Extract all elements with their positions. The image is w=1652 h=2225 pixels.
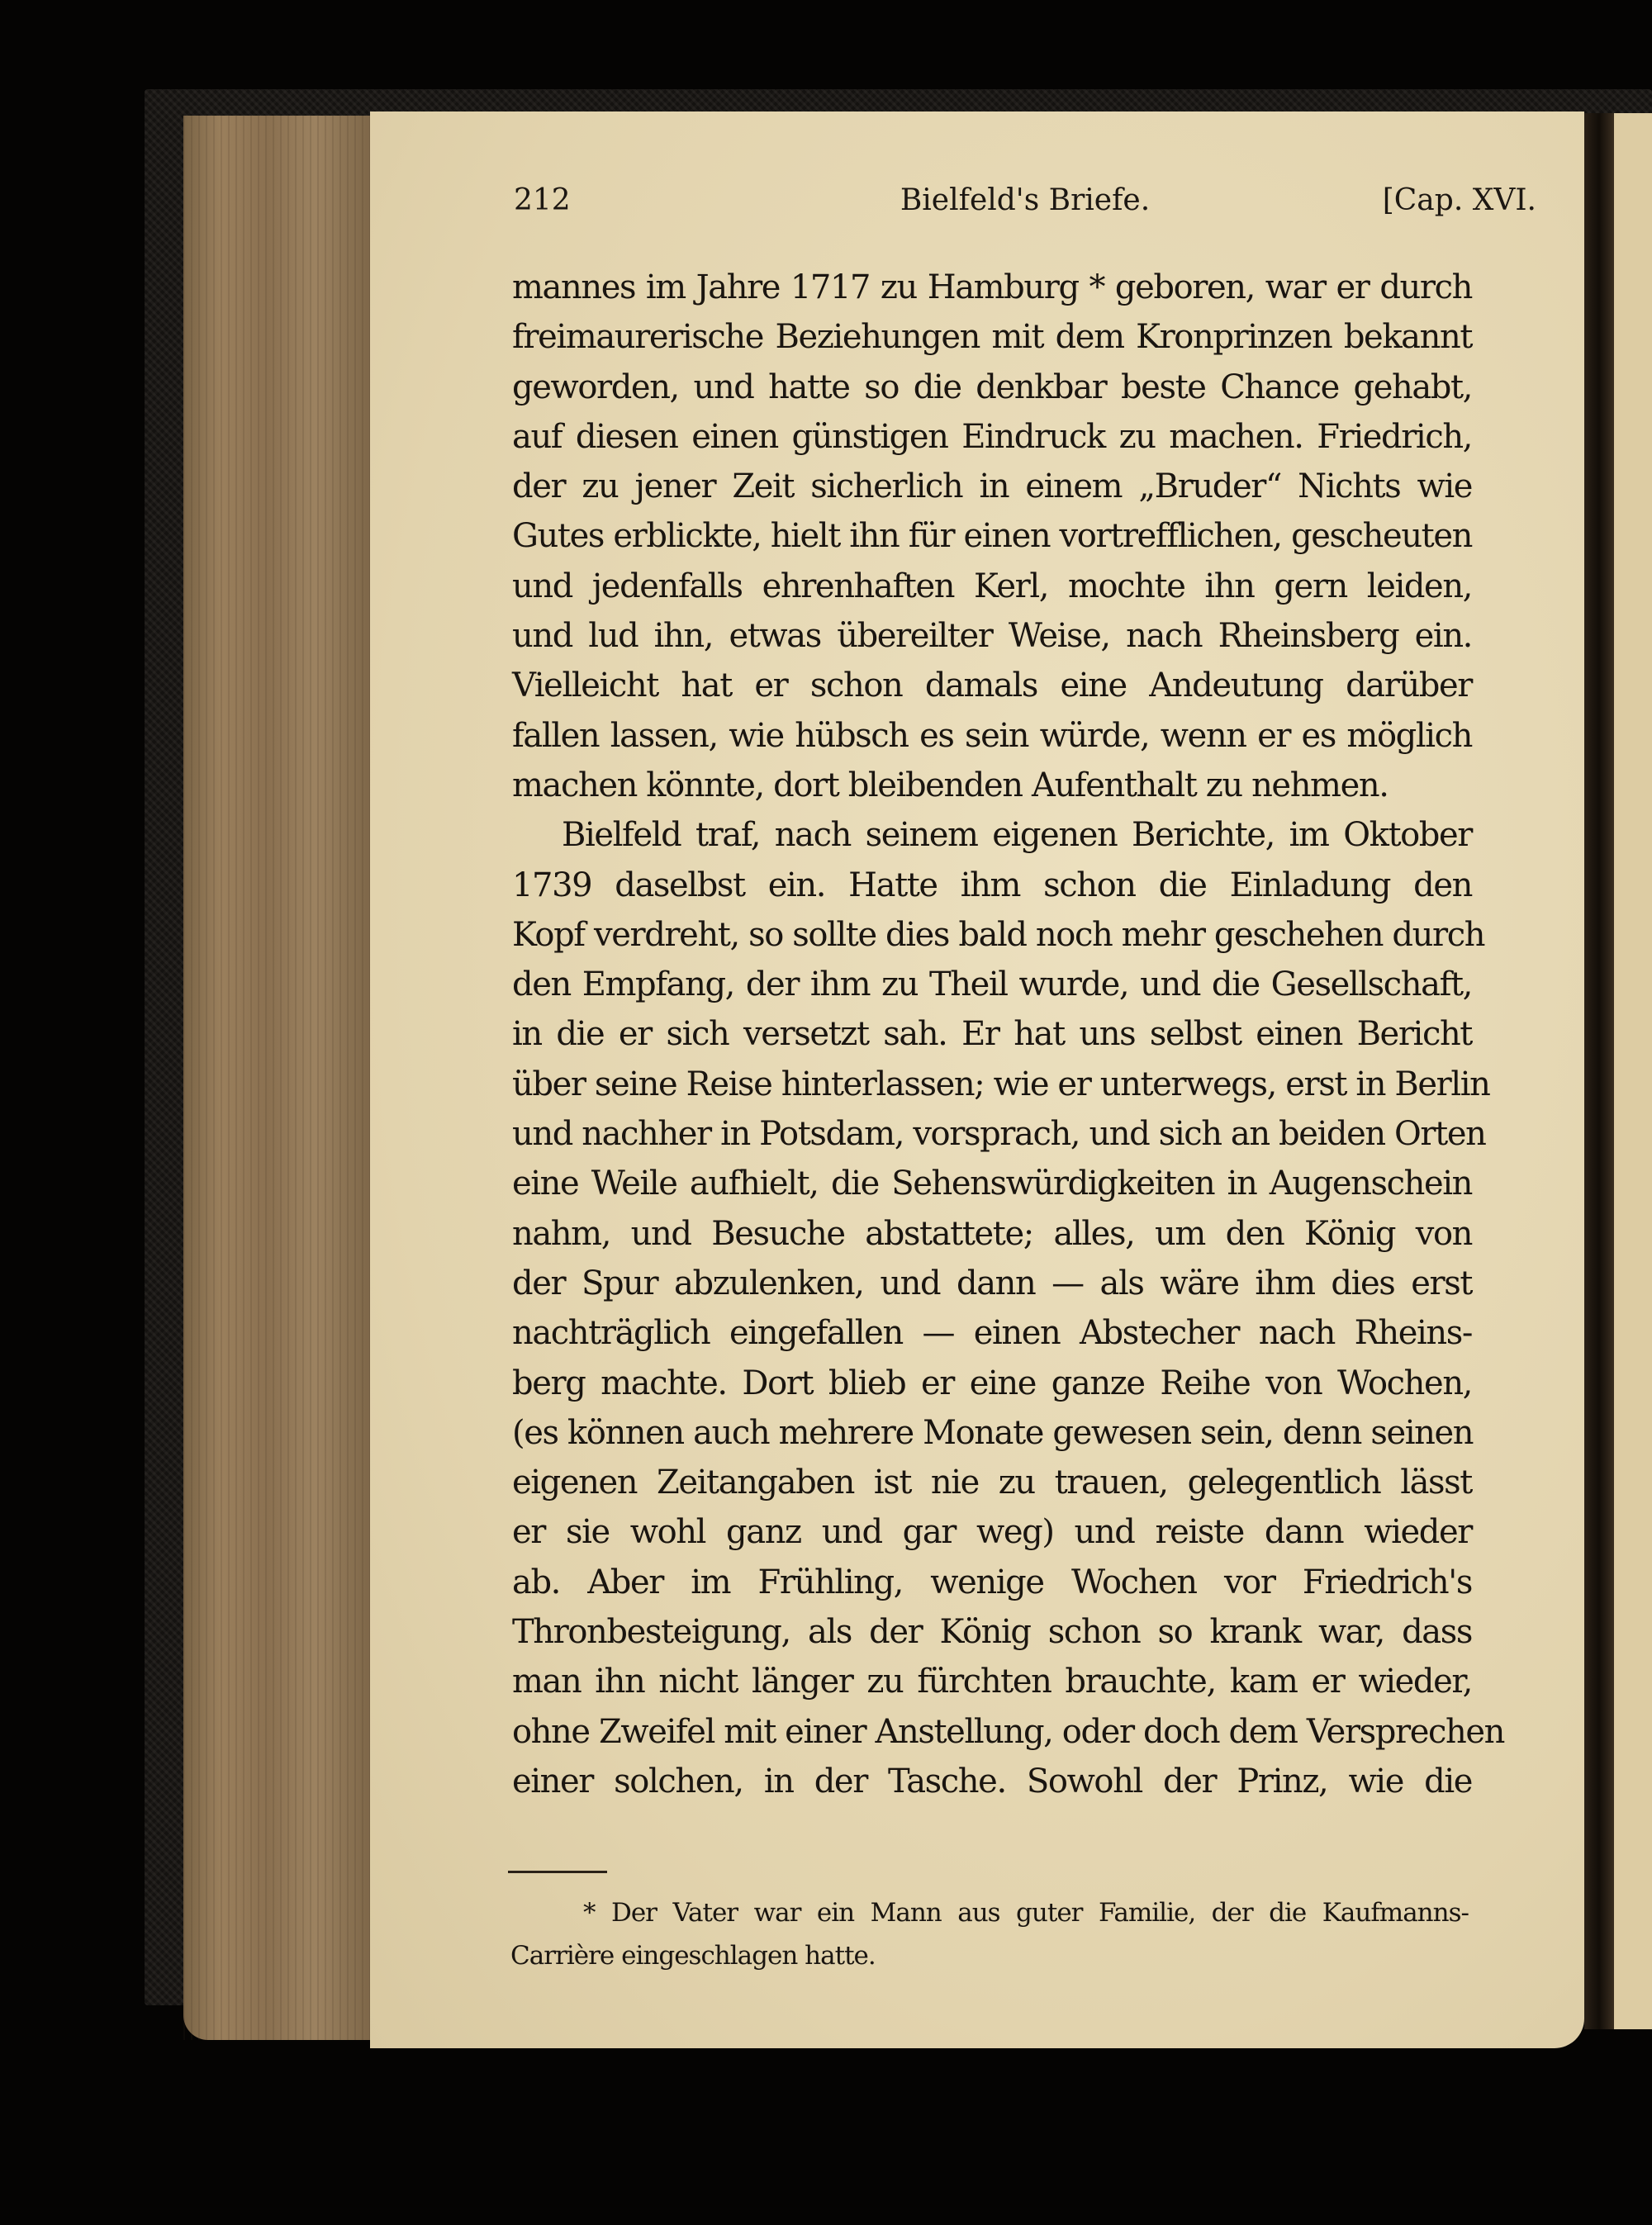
- text-line: machen könnte, dort bleibenden Aufenthal…: [512, 761, 1472, 810]
- text-line: freimaurerische Beziehungen mit dem Kron…: [512, 312, 1472, 362]
- text-line: auf diesen einen günstigen Eindruck zu m…: [512, 412, 1472, 462]
- text-line: einer solchen, in der Tasche. Sowohl der…: [512, 1757, 1472, 1806]
- text-line: berg machte. Dort blieb er eine ganze Re…: [512, 1359, 1472, 1408]
- text-line: 1739 daselbst ein. Hatte ihm schon die E…: [512, 861, 1472, 910]
- text-line: er sie wohl ganz und gar weg) und reiste…: [512, 1507, 1472, 1557]
- footnote-line: * Der Vater war ein Mann aus guter Famil…: [510, 1891, 1469, 1934]
- text-line: über seine Reise hinterlassen; wie er un…: [512, 1060, 1472, 1109]
- text-line: Vielleicht hat er schon damals eine Ande…: [512, 661, 1472, 710]
- text-line: ab. Aber im Frühling, wenige Wochen vor …: [512, 1558, 1472, 1607]
- footnote: * Der Vater war ein Mann aus guter Famil…: [510, 1891, 1469, 1977]
- footnote-line: Carrière eingeschlagen hatte.: [510, 1934, 1469, 1977]
- running-header: 212 Bielfeld's Briefe. [Cap. XVI.: [514, 183, 1536, 225]
- page-edges: [183, 116, 372, 2040]
- text-line: Kopf verdreht, so sollte dies bald noch …: [512, 910, 1472, 960]
- footnote-divider: [508, 1871, 607, 1873]
- text-line: mannes im Jahre 1717 zu Hamburg * gebore…: [512, 263, 1472, 312]
- text-line: ohne Zweifel mit einer Anstellung, oder …: [512, 1707, 1472, 1757]
- facing-page-edge: [1614, 113, 1652, 2029]
- chapter-marker: [Cap. XVI.: [1383, 183, 1536, 217]
- text-line: nachträglich eingefallen — einen Abstech…: [512, 1308, 1472, 1358]
- text-line: und lud ihn, etwas übereilter Weise, nac…: [512, 611, 1472, 661]
- text-line: den Empfang, der ihm zu Theil wurde, und…: [512, 960, 1472, 1009]
- text-line: man ihn nicht länger zu fürchten braucht…: [512, 1657, 1472, 1706]
- text-line: und jedenfalls ehrenhaften Kerl, mochte …: [512, 562, 1472, 611]
- text-line: Thronbesteigung, als der König schon so …: [512, 1607, 1472, 1657]
- text-line: geworden, und hatte so die denkbar beste…: [512, 363, 1472, 412]
- text-line: Gutes erblickte, hielt ihn für einen vor…: [512, 511, 1472, 561]
- text-line: der Spur abzulenken, und dann — als wäre…: [512, 1259, 1472, 1308]
- body-text: mannes im Jahre 1717 zu Hamburg * gebore…: [512, 263, 1472, 1806]
- text-line: (es können auch mehrere Monate gewesen s…: [512, 1408, 1472, 1458]
- text-line: Bielfeld traf, nach seinem eigenen Beric…: [512, 810, 1472, 860]
- text-line: und nachher in Potsdam, vorsprach, und s…: [512, 1109, 1472, 1159]
- text-line: nahm, und Besuche abstattete; alles, um …: [512, 1209, 1472, 1259]
- text-line: eigenen Zeitangaben ist nie zu trauen, g…: [512, 1458, 1472, 1507]
- text-line: eine Weile aufhielt, die Sehenswürdigkei…: [512, 1159, 1472, 1208]
- text-line: in die er sich versetzt sah. Er hat uns …: [512, 1009, 1472, 1059]
- text-line: der zu jener Zeit sicherlich in einem „B…: [512, 462, 1472, 511]
- text-line: fallen lassen, wie hübsch es sein würde,…: [512, 711, 1472, 761]
- book-gutter: [1584, 113, 1614, 2029]
